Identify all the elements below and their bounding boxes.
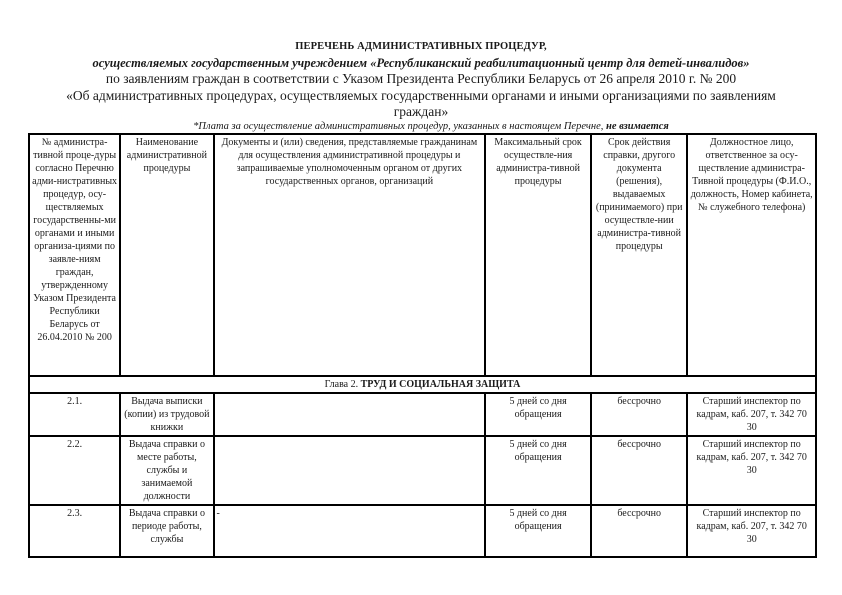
fee-note-bold: не взимается	[606, 121, 669, 132]
table-row: 2.2. Выдача справки о месте работы, служ…	[29, 436, 816, 505]
cell-validity: бессрочно	[591, 393, 687, 436]
institution-line: осуществляемых государственным учреждени…	[0, 56, 842, 71]
column-header-max-term: Максимальный срок осуществле-ния админис…	[485, 134, 591, 376]
chapter-prefix: Глава 2.	[325, 379, 361, 390]
cell-responsible: Старший инспектор по кадрам, каб. 207, т…	[687, 393, 816, 436]
decree-title-line-end: граждан»	[0, 104, 842, 120]
decree-line: по заявлениям граждан в соответствии с У…	[0, 71, 842, 87]
cell-number: 2.1.	[29, 393, 120, 436]
table-header-row: № администра-тивной проце-дуры согласно …	[29, 134, 816, 376]
cell-responsible: Старший инспектор по кадрам, каб. 207, т…	[687, 436, 816, 505]
table-row: 2.1. Выдача выписки (копии) из трудовой …	[29, 393, 816, 436]
fee-note: *Плата за осуществление административных…	[10, 121, 842, 132]
cell-name: Выдача справки о периоде работы, службы	[120, 505, 213, 557]
chapter-heading: Глава 2. ТРУД И СОЦИАЛЬНАЯ ЗАЩИТА	[29, 376, 816, 393]
cell-documents	[214, 436, 486, 505]
fee-note-text: *Плата за осуществление административных…	[193, 121, 606, 132]
cell-name: Выдача выписки (копии) из трудовой книжк…	[120, 393, 213, 436]
cell-responsible: Старший инспектор по кадрам, каб. 207, т…	[687, 505, 816, 557]
cell-number: 2.3.	[29, 505, 120, 557]
table-row: 2.3. Выдача справки о периоде работы, сл…	[29, 505, 816, 557]
cell-validity: бессрочно	[591, 436, 687, 505]
cell-validity: бессрочно	[591, 505, 687, 557]
cell-max-term: 5 дней со дня обращения	[485, 436, 591, 505]
column-header-responsible: Должностное лицо, ответственное за осу-щ…	[687, 134, 816, 376]
document-title: ПЕРЕЧЕНЬ АДМИНИСТРАТИВНЫХ ПРОЦЕДУР,	[0, 41, 842, 52]
decree-title-line: «Об административных процедурах, осущест…	[0, 88, 842, 104]
cell-documents	[214, 393, 486, 436]
chapter-row: Глава 2. ТРУД И СОЦИАЛЬНАЯ ЗАЩИТА	[29, 376, 816, 393]
cell-documents: -	[214, 505, 486, 557]
column-header-documents: Документы и (или) сведения, представляем…	[214, 134, 486, 376]
cell-number: 2.2.	[29, 436, 120, 505]
column-header-number: № администра-тивной проце-дуры согласно …	[29, 134, 120, 376]
cell-max-term: 5 дней со дня обращения	[485, 393, 591, 436]
column-header-name: Наименование административной процедуры	[120, 134, 213, 376]
procedures-table: № администра-тивной проце-дуры согласно …	[28, 133, 817, 558]
cell-name: Выдача справки о месте работы, службы и …	[120, 436, 213, 505]
chapter-title: ТРУД И СОЦИАЛЬНАЯ ЗАЩИТА	[361, 379, 521, 390]
column-header-validity: Срок действия справки, другого документа…	[591, 134, 687, 376]
cell-max-term: 5 дней со дня обращения	[485, 505, 591, 557]
